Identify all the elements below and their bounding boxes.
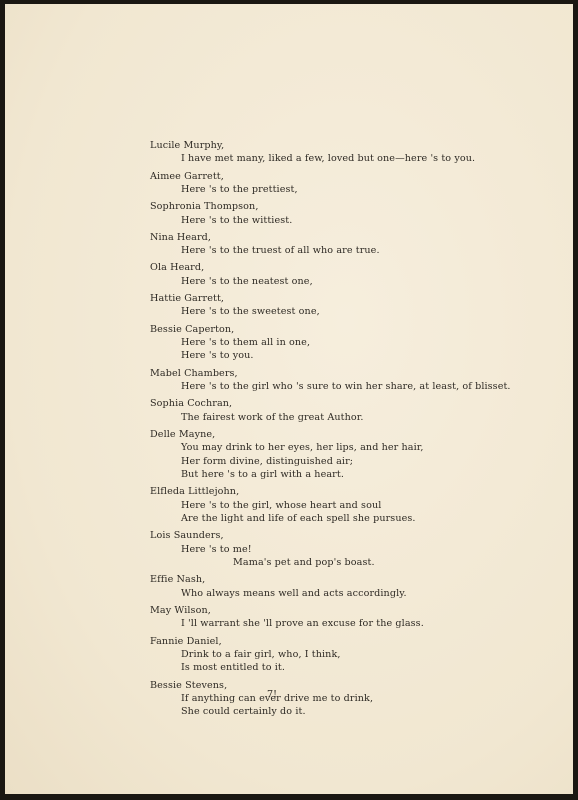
toast-line: Here 's to the girl who 's sure to win h… [150, 380, 490, 393]
page-number: 7! [267, 689, 277, 700]
toast-line: Here 's to them all in one, [150, 336, 490, 349]
toast-line: But here 's to a girl with a heart. [150, 468, 490, 481]
toast-entry: May Wilson,I 'll warrant she 'll prove a… [150, 604, 490, 631]
toast-recipient-name: Bessie Stevens, [150, 679, 490, 692]
toast-entry: Sophronia Thompson,Here 's to the wittie… [150, 200, 490, 227]
toast-line: Here 's to the wittiest. [150, 214, 490, 227]
toast-recipient-name: Delle Mayne, [150, 428, 490, 441]
toast-entry: Lucile Murphy,I have met many, liked a f… [150, 139, 490, 166]
toast-recipient-name: Sophronia Thompson, [150, 200, 490, 213]
toast-line: Here 's to the prettiest, [150, 183, 490, 196]
toast-line: Is most entitled to it. [150, 661, 490, 674]
toast-entry: Elfleda Littlejohn,Here 's to the girl, … [150, 485, 490, 525]
toast-recipient-name: Mabel Chambers, [150, 367, 490, 380]
toast-entry: Effie Nash,Who always means well and act… [150, 573, 490, 600]
toast-line: You may drink to her eyes, her lips, and… [150, 441, 490, 454]
toast-entry: Bessie Caperton,Here 's to them all in o… [150, 323, 490, 363]
toast-line: Mama's pet and pop's boast. [150, 556, 490, 569]
toast-entry: Sophia Cochran,The fairest work of the g… [150, 397, 490, 424]
toast-entry: Bessie Stevens,If anything can ever driv… [150, 679, 490, 719]
toast-recipient-name: Ola Heard, [150, 261, 490, 274]
toast-line: Her form divine, distinguished air; [150, 455, 490, 468]
toast-entry: Delle Mayne,You may drink to her eyes, h… [150, 428, 490, 482]
toast-recipient-name: Hattie Garrett, [150, 292, 490, 305]
toast-recipient-name: Effie Nash, [150, 573, 490, 586]
toast-line: She could certainly do it. [150, 705, 490, 718]
toast-line: I have met many, liked a few, loved but … [150, 152, 490, 165]
toast-entry: Ola Heard,Here 's to the neatest one, [150, 261, 490, 288]
toast-recipient-name: Nina Heard, [150, 231, 490, 244]
toast-line: Here 's to the girl, whose heart and sou… [150, 499, 490, 512]
toast-recipient-name: Fannie Daniel, [150, 635, 490, 648]
toast-entry: Nina Heard,Here 's to the truest of all … [150, 231, 490, 258]
toast-line: Here 's to me! [150, 543, 490, 556]
toast-line: Who always means well and acts according… [150, 587, 490, 600]
scanned-page: Lucile Murphy,I have met many, liked a f… [5, 4, 573, 794]
toast-entry: Hattie Garrett,Here 's to the sweetest o… [150, 292, 490, 319]
toast-line: Are the light and life of each spell she… [150, 512, 490, 525]
toast-recipient-name: Lucile Murphy, [150, 139, 490, 152]
toast-recipient-name: Elfleda Littlejohn, [150, 485, 490, 498]
toast-entry: Fannie Daniel,Drink to a fair girl, who,… [150, 635, 490, 675]
toast-line: I 'll warrant she 'll prove an excuse fo… [150, 617, 490, 630]
toast-line: Drink to a fair girl, who, I think, [150, 648, 490, 661]
toast-recipient-name: Bessie Caperton, [150, 323, 490, 336]
toast-entry: Aimee Garrett,Here 's to the prettiest, [150, 170, 490, 197]
toast-line: The fairest work of the great Author. [150, 411, 490, 424]
toast-entry: Lois Saunders,Here 's to me!Mama's pet a… [150, 529, 490, 569]
toast-recipient-name: Sophia Cochran, [150, 397, 490, 410]
toast-entry: Mabel Chambers,Here 's to the girl who '… [150, 367, 490, 394]
toast-line: If anything can ever drive me to drink, [150, 692, 490, 705]
toast-line: Here 's to the sweetest one, [150, 305, 490, 318]
toast-recipient-name: Lois Saunders, [150, 529, 490, 542]
toast-line: Here 's to the truest of all who are tru… [150, 244, 490, 257]
toast-recipient-name: May Wilson, [150, 604, 490, 617]
toast-line: Here 's to the neatest one, [150, 275, 490, 288]
toast-recipient-name: Aimee Garrett, [150, 170, 490, 183]
toast-line: Here 's to you. [150, 349, 490, 362]
toast-list: Lucile Murphy,I have met many, liked a f… [150, 139, 490, 723]
